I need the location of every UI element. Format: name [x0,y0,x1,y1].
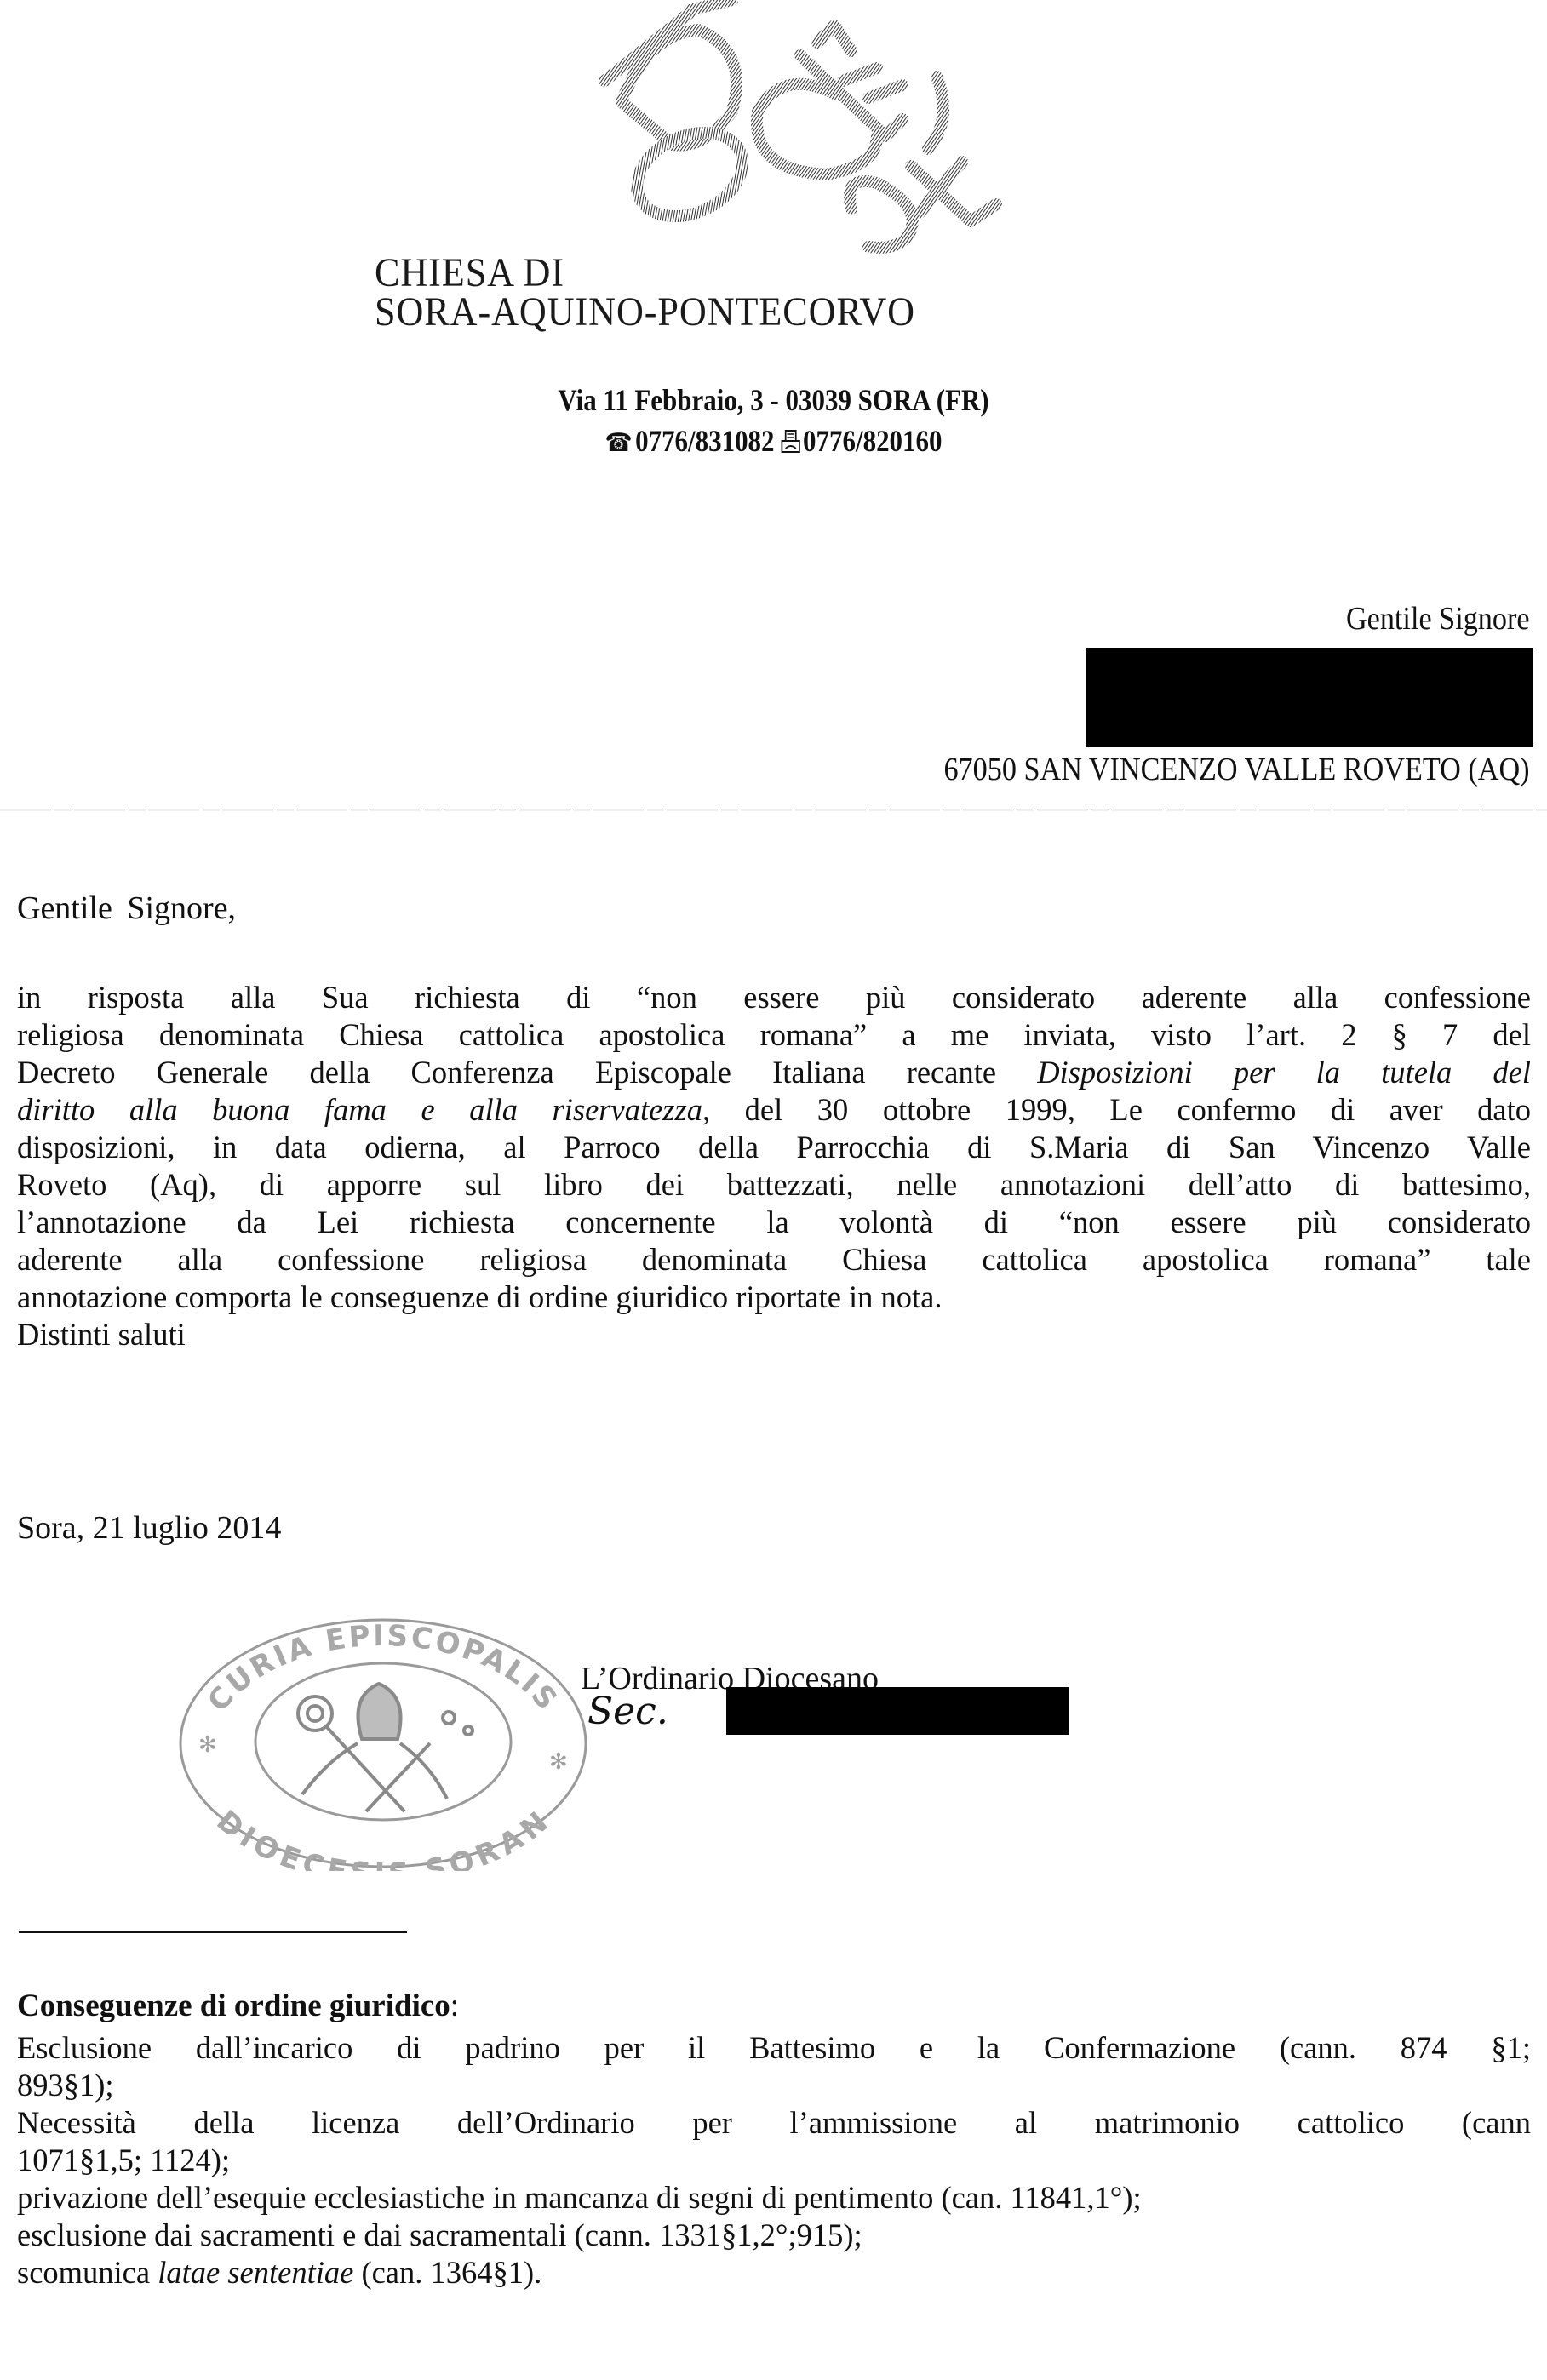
footnote-list: Esclusione dall’incarico di padrino per … [17,2029,1531,2291]
fax-number: 0776/820160 [803,424,942,458]
diocese-monogram-logo [477,0,1090,255]
redacted-recipient-name [1086,648,1533,747]
curia-stamp: CURIA EPISCOPALIS DIOECESIS SORAN ✻ ✻ [175,1616,592,1871]
footnote-heading: Conseguenze di ordine giuridico: [17,1988,1531,2025]
handwritten-signature: Sec. [587,1690,668,1733]
footnote-line: 1071§1,5; 1124); [17,2142,1531,2179]
place-and-date: Sora, 21 luglio 2014 [17,1509,281,1547]
stamp-bottom-text: DIOECESIS SORAN [210,1804,557,1871]
body-line: Distinti saluti [17,1316,1531,1353]
redacted-signatory-name [726,1687,1069,1735]
footnote-line: esclusione dai sacramenti e dai sacramen… [17,2217,1531,2254]
letterhead-contacts: ☎0776/831082 0776/820160 [108,426,1439,456]
body-line: Decreto Generale della Conferenza Episco… [17,1054,1531,1091]
footnote-line: 893§1); [17,2067,1531,2104]
footnote-heading-colon: : [450,1988,459,2023]
letterhead-title-line2: SORA-AQUINO-PONTECORVO [375,292,915,333]
fax-icon [781,430,799,456]
body-line: annotazione comporta le conseguenze di o… [17,1279,1531,1316]
footnote-line: privazione dell’esequie ecclesiastiche i… [17,2179,1531,2217]
body-line: religiosa denominata Chiesa cattolica ap… [17,1016,1531,1054]
letterhead-address: Via 11 Febbraio, 3 - 03039 SORA (FR) [108,385,1439,415]
body-line: Roveto (Aq), di apporre sul libro dei ba… [17,1166,1531,1204]
recipient-greeting: Gentile Signore [1346,603,1530,635]
footnote-heading-text: Conseguenze di ordine giuridico [17,1988,450,2023]
svg-text:✻: ✻ [198,1732,217,1758]
body-line: disposizioni, in data odierna, al Parroc… [17,1129,1531,1166]
body-line: diritto alla buona fama e alla riservate… [17,1091,1531,1129]
salutation: Gentile Signore, [17,890,1531,927]
body-line: aderente alla confessione religiosa deno… [17,1241,1531,1279]
body-line: in risposta alla Sua richiesta di “non e… [17,979,1531,1016]
body-line: l’annotazione da Lei richiesta concernen… [17,1204,1531,1241]
footnote-separator [19,1931,407,1933]
telephone-icon: ☎ [605,431,633,456]
letter-body: in risposta alla Sua richiesta di “non e… [17,979,1531,1353]
letterhead-title-line1: CHIESA DI [375,253,564,294]
footnote-line: Esclusione dall’incarico di padrino per … [17,2029,1531,2067]
footnote-line: Necessità della licenza dell’Ordinario p… [17,2104,1531,2142]
recipient-city: 67050 SAN VINCENZO VALLE ROVETO (AQ) [944,753,1530,786]
mitre-crozier-emblem [298,1684,473,1811]
svg-text:DIOECESIS SORAN: DIOECESIS SORAN [210,1804,557,1871]
phone-number: 0776/831082 [635,424,774,458]
svg-text:✻: ✻ [549,1749,568,1775]
fold-line [0,809,1547,811]
footnote-line: scomunica latae sententiae (can. 1364§1)… [17,2254,1531,2291]
